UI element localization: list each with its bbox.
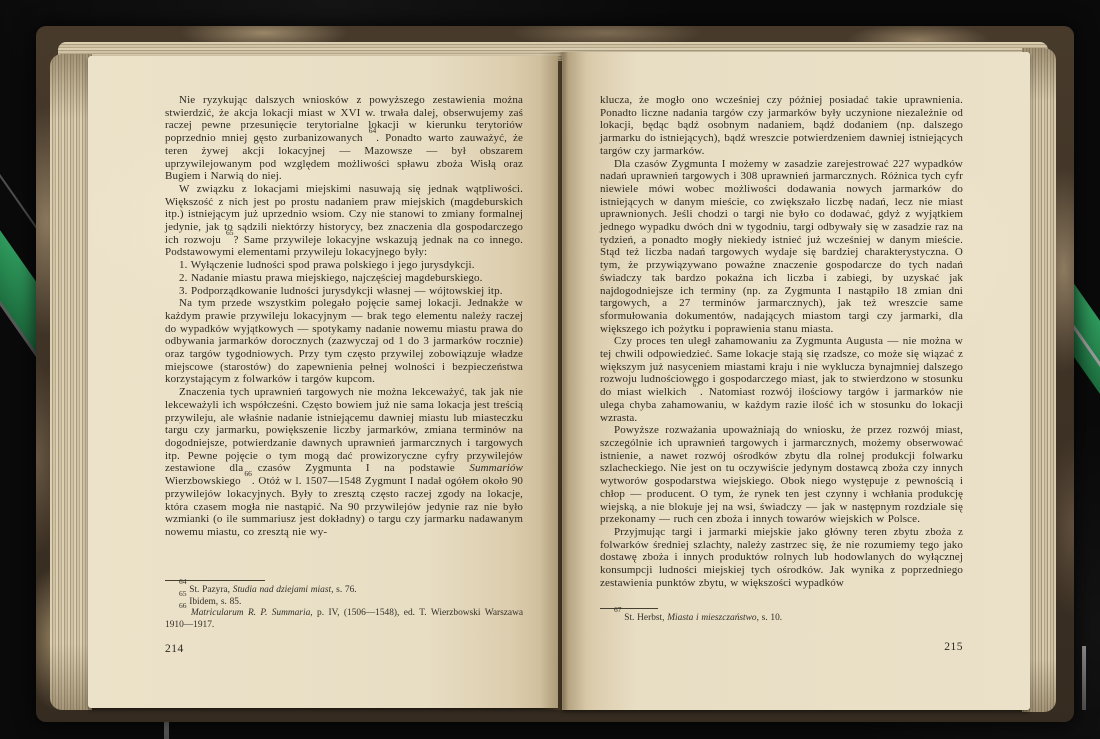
list-item: 1. Wyłączenie ludności spod prawa polski… (165, 259, 523, 272)
footnote-rule (600, 608, 658, 609)
paragraph: W związku z lokacjami miejskimi nasuwają… (165, 183, 523, 259)
paragraph: Przyjmując targi i jarmarki miejskie jak… (600, 526, 963, 590)
footnote: 67 St. Herbst, Miasta i mieszczaństwo, s… (600, 613, 963, 625)
footnote: 65 Ibidem, s. 85. (165, 597, 523, 609)
right-page-footnotes: 67 St. Herbst, Miasta i mieszczaństwo, s… (600, 608, 963, 625)
right-page-text: klucza, że mogło ono wcześniej czy późni… (600, 94, 963, 589)
list-item: 3. Podporządkowanie ludności jurysdykcji… (165, 285, 523, 298)
left-page-footnotes: 64 St. Pazyra, Studia nad dziejami miast… (165, 580, 523, 631)
paragraph: Dla czasów Zygmunta I możemy w zasadzie … (600, 158, 963, 336)
paragraph: Powyższe rozważania upoważniają do wnios… (600, 424, 963, 526)
paragraph: klucza, że mogło ono wcześniej czy późni… (600, 94, 963, 158)
page-edges-left (50, 54, 92, 710)
footnote: 64 St. Pazyra, Studia nad dziejami miast… (165, 585, 523, 597)
paragraph: Nie ryzykując dalszych wniosków z powyżs… (165, 94, 523, 183)
page-number-left: 214 (165, 643, 184, 655)
list-item: 2. Nadanie miastu prawa miejskiego, najc… (165, 272, 523, 285)
gutter-shadow (540, 52, 586, 710)
book-scan-photo: Nie ryzykując dalszych wniosków z powyżs… (0, 0, 1100, 739)
paragraph: Na tym przede wszystkim polegało pojęcie… (165, 297, 523, 386)
left-page-text: Nie ryzykując dalszych wniosków z powyżs… (165, 94, 523, 539)
paragraph: Czy proces ten uległ zahamowaniu za Zygm… (600, 335, 963, 424)
paragraph: Znaczenia tych uprawnień targowych nie m… (165, 386, 523, 538)
stand-post-right (1082, 646, 1086, 710)
footnote: 66 Matricularum R. P. Summaria, p. IV, (… (165, 608, 523, 631)
page-number-right: 215 (600, 641, 963, 653)
